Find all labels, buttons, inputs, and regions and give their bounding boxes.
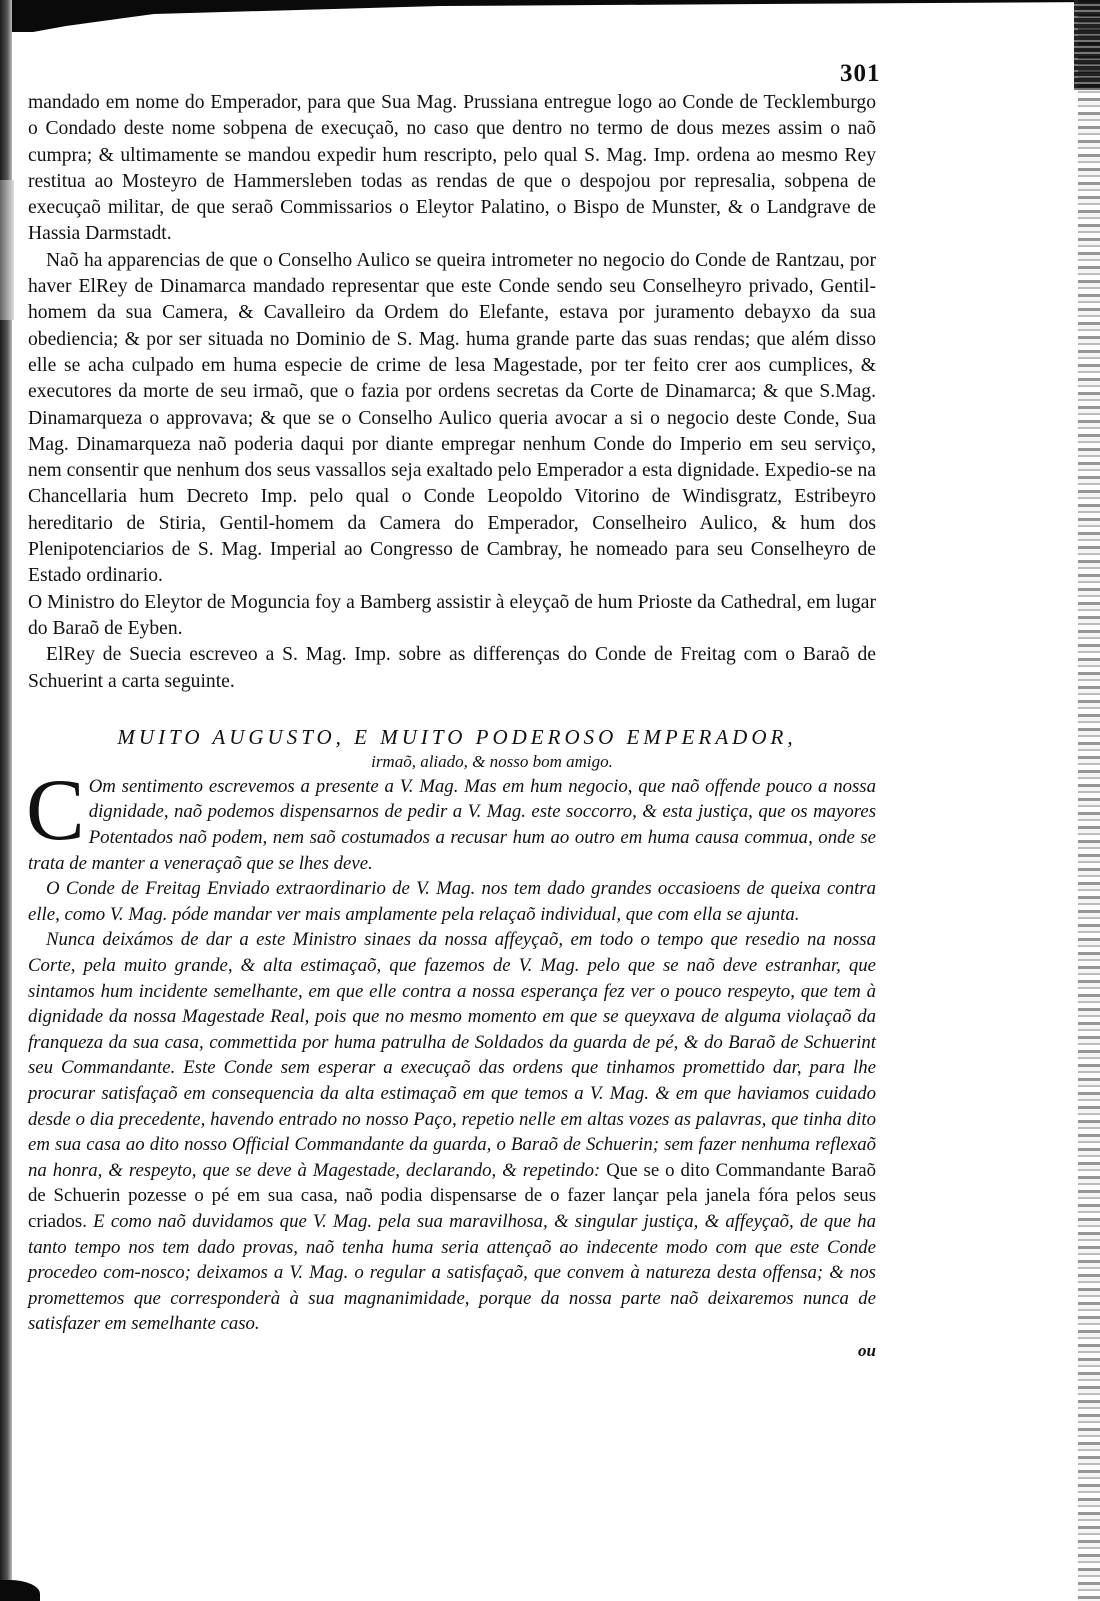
letter-paragraph: Nunca deixámos de dar a este Ministro si… bbox=[28, 927, 876, 1337]
letter-text: E como naõ duvidamos que V. Mag. pela su… bbox=[28, 1211, 876, 1334]
scan-border-left-fade bbox=[0, 180, 14, 320]
document-page: mandado em nome do Emperador, para que S… bbox=[28, 60, 876, 1361]
news-paragraph: ElRey de Suecia escreveo a S. Mag. Imp. … bbox=[28, 642, 876, 695]
catchword: ou bbox=[28, 1341, 876, 1361]
news-section: mandado em nome do Emperador, para que S… bbox=[28, 60, 876, 695]
facing-page-bleed bbox=[1078, 0, 1100, 1601]
letter-text: Nunca deixámos de dar a este Ministro si… bbox=[28, 929, 876, 1180]
drop-cap: C bbox=[26, 776, 85, 846]
news-paragraph: O Ministro do Eleytor de Moguncia foy a … bbox=[28, 590, 876, 643]
news-paragraph: Naõ ha apparencias de que o Conselho Aul… bbox=[28, 248, 876, 590]
letter-salutation-subtitle: irmaõ, aliado, & nosso bom amigo. bbox=[28, 752, 876, 772]
letter-body: COm sentimento escrevemos a presente a V… bbox=[28, 774, 876, 1337]
scan-border-bottom-left bbox=[0, 1580, 40, 1601]
letter-opening-text: Om sentimento escrevemos a presente a V.… bbox=[28, 776, 876, 874]
letter-paragraph: O Conde de Freitag Enviado extraordinari… bbox=[28, 876, 876, 927]
letter-salutation-title: MUITO AUGUSTO, E MUITO PODEROSO EMPERADO… bbox=[28, 725, 876, 750]
scan-border-top bbox=[0, 0, 1100, 32]
news-paragraph: mandado em nome do Emperador, para que S… bbox=[28, 60, 876, 248]
letter-paragraph-opening: COm sentimento escrevemos a presente a V… bbox=[28, 774, 876, 876]
